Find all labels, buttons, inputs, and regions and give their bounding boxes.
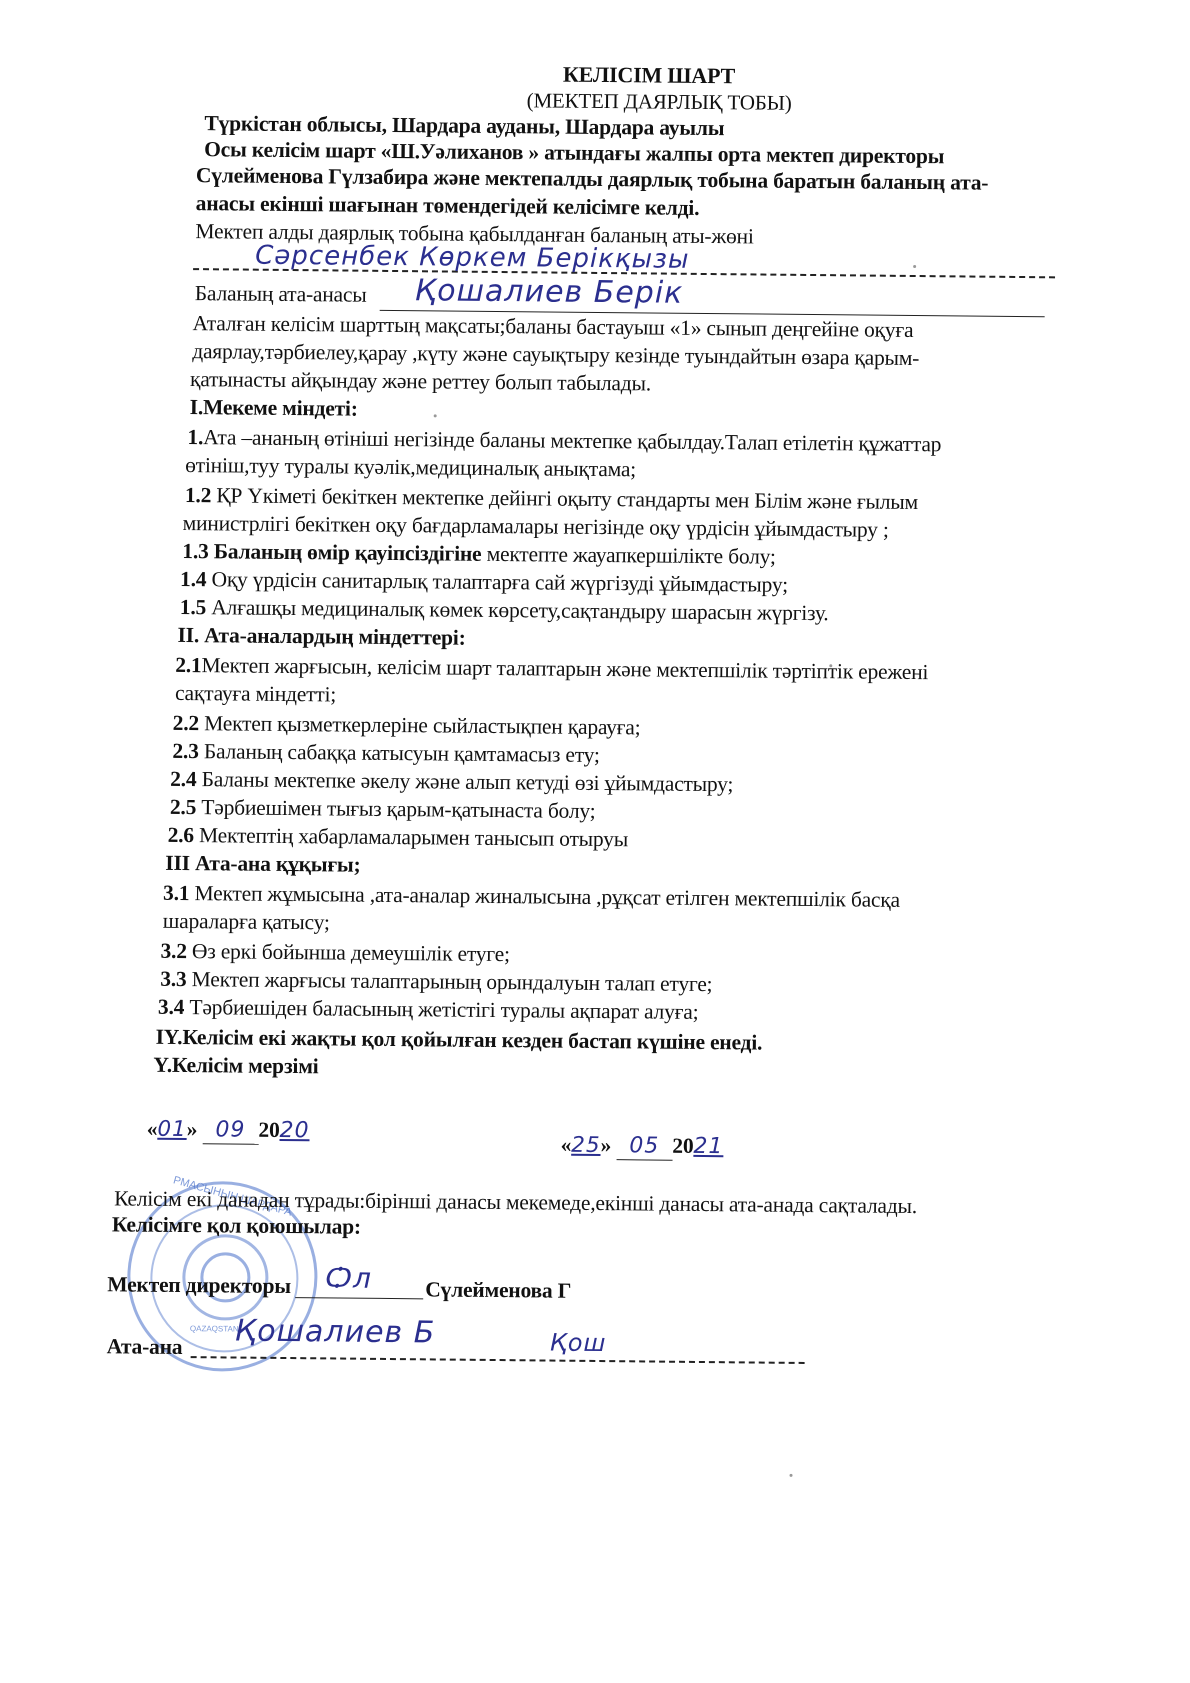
section3-item: 3.3 Мектеп жарғысы талаптарының орындалу… [160, 966, 712, 997]
section4-text: IY.Келісім екі жақты қол қойылған кезден… [156, 1024, 763, 1056]
parent-label: Баланың ата-анасы [195, 280, 367, 308]
purpose-line-2: даярлау,тәрбиелеу,қарау ,күту және сауық… [192, 338, 919, 371]
section2-item: 2.3 Баланың сабаққа катысуын қамтамасыз … [172, 738, 600, 768]
section3-item: 3.4 Тәрбиешіден баласының жетістігі тура… [158, 994, 699, 1025]
director-name: Сүлейменова Г [425, 1276, 571, 1303]
parent-signature-line [191, 1356, 805, 1364]
section2-heading: II. Ата-аналардың міндеттері: [177, 622, 465, 651]
section3-heading: III Ата-ана құқығы; [165, 850, 360, 878]
purpose-line-3: қатынасты айқындау және реттеу болып таб… [190, 366, 651, 396]
child-name-handwritten: Сәрсенбек Көркем Берікқызы [255, 243, 689, 273]
section5-heading: Y.Келісім мерзімі [153, 1052, 318, 1080]
section1-item: 1.5 Алғашқы медициналық көмек көрсету,са… [180, 594, 829, 626]
scan-speck [913, 265, 916, 268]
date-start: «01» 092020 [147, 1116, 310, 1146]
section3-item: 3.2 Өз еркі бойынша демеушілік етуге; [160, 938, 510, 967]
intro-line-4: анасы екінші шағынан төмендегідей келісі… [196, 190, 700, 221]
section1-item: 1.4 Оқу үрдісін санитарлық талаптарға са… [180, 566, 788, 598]
scan-speck [434, 414, 437, 417]
section1-heading: I.Мекеме міндеті: [190, 394, 358, 422]
section3-item: шараларға қатысу; [163, 908, 330, 936]
contract-page: КЕЛІСІМ ШАРТ (МЕКТЕП ДАЯРЛЫҚ ТОБЫ) Түркі… [0, 0, 1190, 1683]
director-label: Мектеп директоры [107, 1271, 291, 1299]
director-signature: Ѻл [325, 1265, 372, 1291]
section2-item: сақтауға міндетті; [175, 680, 336, 708]
document-title: КЕЛІСІМ ШАРТ [563, 62, 735, 90]
date-end: «25» 052021 [561, 1132, 724, 1162]
section2-item: 2.5 Тәрбиешімен тығыз қарым-қатынаста бо… [170, 794, 596, 824]
parent-signature: Қош [550, 1330, 607, 1357]
section1-item: 1.3 Баланың өмір қауіпсіздігіне мектепте… [182, 538, 776, 570]
purpose-line-1: Аталған келісім шарттың мақсаты;баланы б… [192, 310, 913, 343]
section2-item: 2.6 Мектептің хабарламаларымен танысып о… [168, 822, 629, 852]
parent-sign-label: Ата-ана [107, 1333, 183, 1360]
parent-name-handwritten: Қошалиев Берік [415, 278, 684, 307]
scan-speck [790, 1474, 793, 1477]
parent-sign-name: Қошалиев Б [235, 1319, 436, 1347]
document-subtitle: (МЕКТЕП ДАЯРЛЫҚ ТОБЫ) [527, 87, 792, 116]
section1-item: министрлігі бекіткен оқу бағдарламалары … [183, 510, 889, 543]
signers-heading: Келісімге қол қоюшылар: [112, 1211, 361, 1239]
section2-item: 2.4 Баланы мектепке әкелу және алып кету… [170, 766, 733, 797]
section2-item: 2.2 Мектеп қызметкерлеріне сыйластықпен … [173, 710, 641, 740]
scan-speck [829, 664, 832, 667]
section1-item: өтініш,туу туралы куәлік,медициналық аны… [185, 452, 636, 482]
